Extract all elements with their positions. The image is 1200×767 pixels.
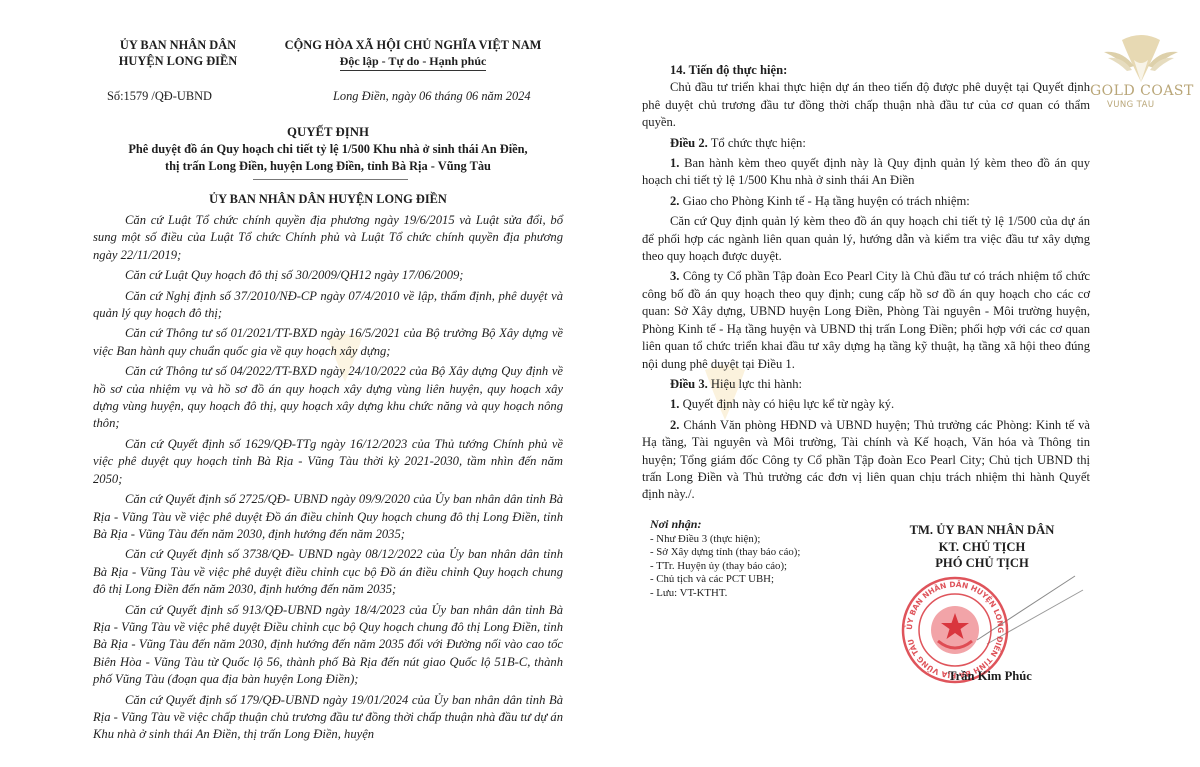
section-14-text: Chủ đầu tư triển khai thực hiện dự án th… (642, 79, 1090, 131)
brand-subtitle: VUNG TAU (1107, 100, 1154, 110)
legal-basis-item: Căn cứ Thông tư số 04/2022/TT-BXD ngày 2… (93, 363, 563, 433)
brand-name: GOLD COAST (1090, 83, 1194, 99)
article-2-item-2: 2. Giao cho Phòng Kinh tế - Hạ tầng huyệ… (642, 193, 1090, 210)
issuing-authority-header: ỦY BAN NHÂN DÂN HUYỆN LONG ĐIỀN (93, 37, 263, 69)
signer-name: Trần Kim Phúc (890, 668, 1090, 685)
section-14-title: 14. Tiến độ thực hiện: (642, 62, 1090, 79)
article-2-item-3: 3. Công ty Cổ phần Tập đoàn Eco Pearl Ci… (642, 268, 1090, 372)
document-subtitle: Phê duyệt đồ án Quy hoạch chi tiết tỷ lệ… (93, 141, 563, 174)
article-body: 14. Tiến độ thực hiện: Chủ đầu tư triển … (642, 62, 1090, 507)
article-2-item-2-text: Căn cứ Quy định quản lý kèm theo đồ án q… (642, 213, 1090, 265)
document-number: Số:1579 /QĐ-UBND (107, 88, 212, 105)
recipient-item: - Lưu: VT-KTHT. (650, 587, 870, 601)
national-header: CỘNG HÒA XÃ HỘI CHỦ NGHĨA VIỆT NAM Độc l… (263, 37, 563, 71)
recipient-item: - Như Điều 3 (thực hiện); (650, 533, 870, 547)
article-2-heading: Điều 2. Tổ chức thực hiện: (642, 135, 1090, 152)
national-title: CỘNG HÒA XÃ HỘI CHỦ NGHĨA VIỆT NAM (263, 37, 563, 53)
place-date: Long Điền, ngày 06 tháng 06 năm 2024 (333, 88, 531, 105)
recipients-list: Nơi nhận: - Như Điều 3 (thực hiện); - Sở… (650, 518, 870, 600)
legal-basis-item: Căn cứ Luật Tổ chức chính quyền địa phươ… (93, 212, 563, 264)
recipient-item: - TTr. Huyện ủy (thay báo cáo); (650, 560, 870, 574)
legal-basis-item: Căn cứ Quyết định số 179/QĐ-UBND ngày 19… (93, 692, 563, 744)
legal-basis-item: Căn cứ Luật Quy hoạch đô thị số 30/2009/… (93, 267, 563, 284)
national-motto: Độc lập - Tự do - Hạnh phúc (340, 53, 487, 71)
legal-basis-list: Căn cứ Luật Tổ chức chính quyền địa phươ… (93, 212, 563, 747)
article-3-item-1: 1. Quyết định này có hiệu lực kể từ ngày… (642, 396, 1090, 413)
legal-basis-item: Căn cứ Nghị định số 37/2010/NĐ-CP ngày 0… (93, 288, 563, 323)
legal-basis-item: Căn cứ Quyết định số 3738/QĐ- UBND ngày … (93, 546, 563, 598)
document-title: QUYẾT ĐỊNH (93, 124, 563, 141)
legal-basis-item: Căn cứ Quyết định số 913/QĐ-UBND ngày 18… (93, 602, 563, 689)
article-3-heading: Điều 3. Hiệu lực thi hành: (642, 376, 1090, 393)
legal-basis-item: Căn cứ Quyết định số 2725/QĐ- UBND ngày … (93, 491, 563, 543)
issuing-authority: ỦY BAN NHÂN DÂN HUYỆN LONG ĐIỀN (93, 191, 563, 208)
article-2-item-1: 1. Ban hành kèm theo quyết định này là Q… (642, 155, 1090, 190)
recipient-item: - Chủ tịch và các PCT UBH; (650, 573, 870, 587)
divider (253, 179, 408, 180)
signer-block: TM. ỦY BAN NHÂN DÂN KT. CHỦ TỊCH PHÓ CHỦ… (882, 522, 1082, 572)
recipients-title: Nơi nhận: (650, 518, 870, 532)
article-3-item-2: 2. Chánh Văn phòng HĐND và UBND huyện; T… (642, 417, 1090, 504)
recipient-item: - Sở Xây dựng tỉnh (thay báo cáo); (650, 546, 870, 560)
legal-basis-item: Căn cứ Thông tư số 01/2021/TT-BXD ngày 1… (93, 325, 563, 360)
legal-basis-item: Căn cứ Quyết định số 1629/QĐ-TTg ngày 16… (93, 436, 563, 488)
